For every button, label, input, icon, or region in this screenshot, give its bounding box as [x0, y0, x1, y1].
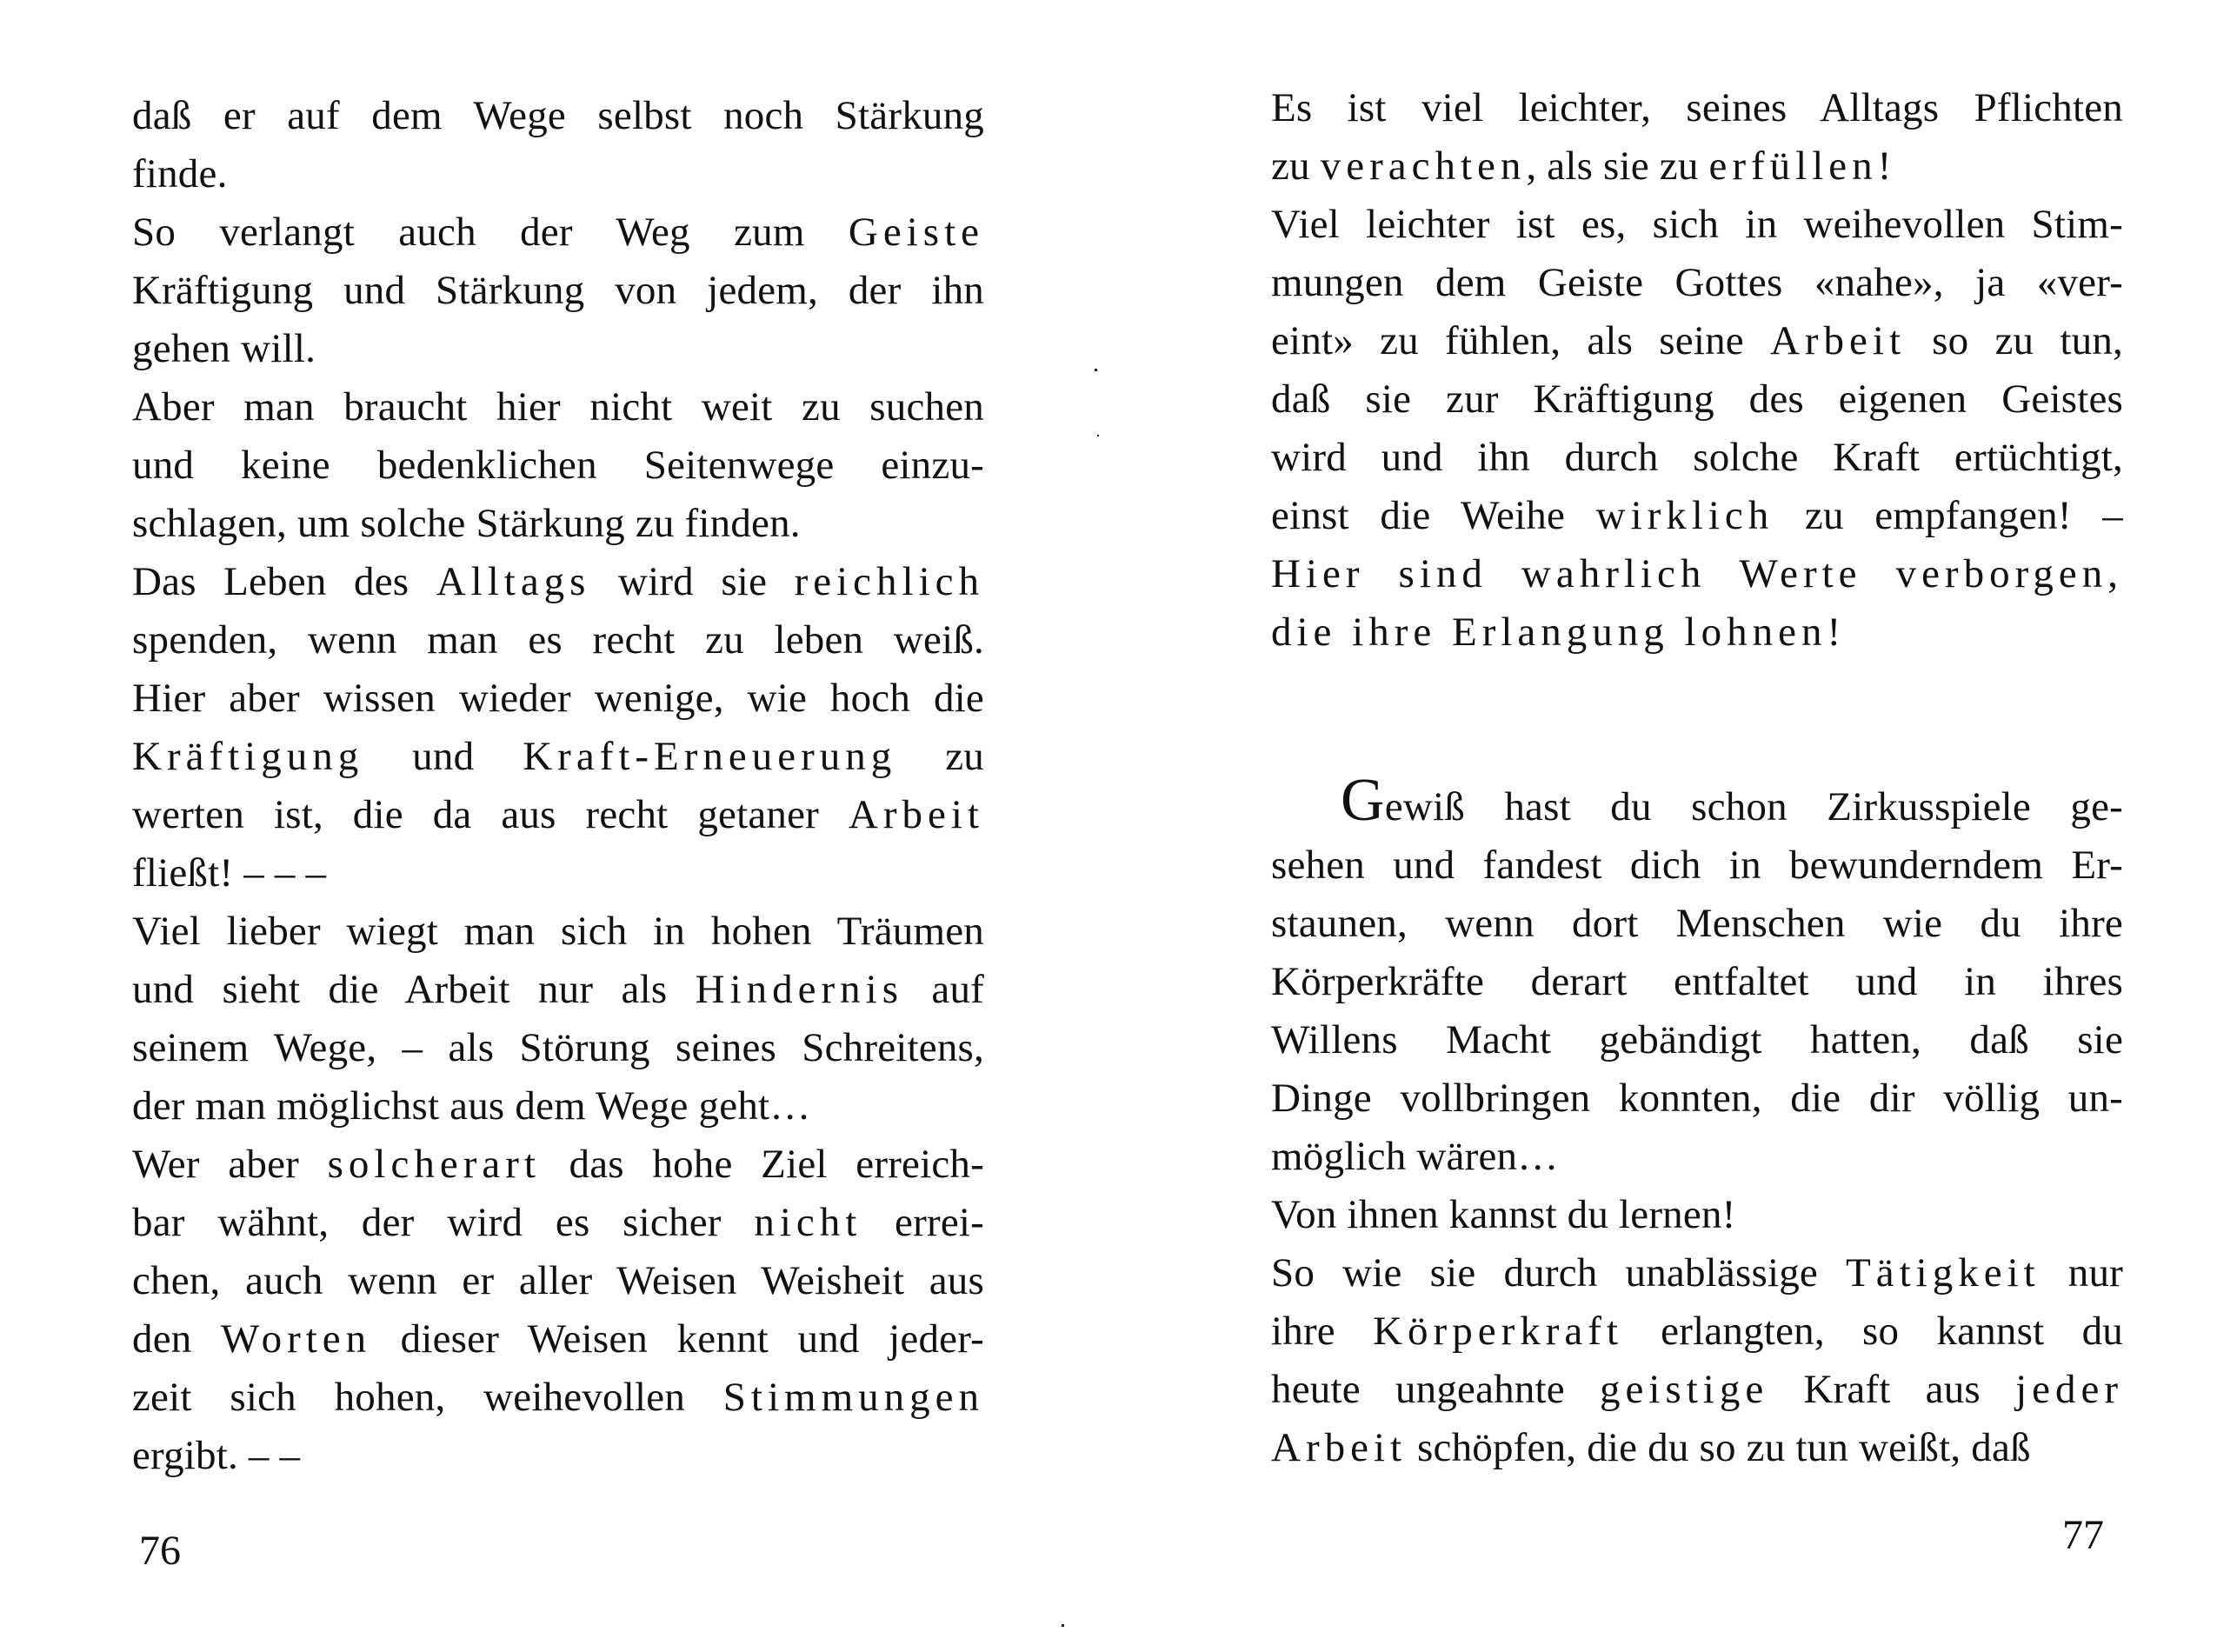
text-line: Gewiß hast du schon Zirkusspiele ge- [1271, 778, 2123, 836]
text-line: werten ist, die da aus recht getaner Arb… [132, 786, 984, 844]
text-segment: So verlangt auch der Weg zum [132, 210, 849, 255]
text-segment: zu empfangen! – [1774, 493, 2123, 538]
text-line: und sieht die Arbeit nur als Hindernis a… [132, 961, 984, 1019]
text-segment: Hier aber wissen wieder wenige, wie hoch… [132, 676, 984, 721]
drop-initial: G [1341, 767, 1385, 834]
text-segment: Körperkräfte derart entfaltet und in ihr… [1271, 959, 2123, 1004]
left-page: daß er auf dem Wege selbst noch Stärkung… [0, 0, 1108, 1652]
text-line: die ihre Erlangung lohnen! [1271, 603, 2123, 662]
emphasized-word: Hier sind wahrlich Werte verborgen, [1271, 551, 2123, 596]
text-segment: den [132, 1316, 221, 1362]
text-line: daß sie zur Kräftigung des eigenen Geist… [1271, 370, 2123, 429]
text-line: Dinge vollbringen konnten, die dir völli… [1271, 1069, 2123, 1128]
emphasized-word: reichlich [795, 559, 984, 604]
text-segment: möglich wären… [1271, 1134, 1558, 1179]
emphasized-word: Alltags [436, 559, 591, 604]
text-line: bar wähnt, der wird es sicher nicht erre… [132, 1194, 984, 1252]
text-segment: und [363, 734, 523, 779]
text-segment: Von ihnen kannst du lernen! [1271, 1192, 1736, 1237]
emphasized-word: Tätigkeit [1846, 1250, 2041, 1296]
text-line: sehen und fandest dich in bewunderndem E… [1271, 836, 2123, 895]
text-segment: sehen und fandest dich in bewunderndem E… [1271, 843, 2123, 888]
scan-speck [1097, 435, 1099, 436]
text-segment: dieser Weisen kennt und jeder- [371, 1316, 984, 1362]
paragraph-1: Es ist viel leichter, seines Alltags Pfl… [1271, 79, 2123, 662]
emphasized-word: Hindernis [696, 967, 903, 1012]
emphasized-word: Stimmungen [723, 1375, 984, 1420]
emphasized-word: Arbeit [849, 792, 984, 837]
text-segment: wird sie [590, 559, 794, 604]
text-segment: errei- [862, 1200, 984, 1245]
text-line: staunen, wenn dort Menschen wie du ihre [1271, 895, 2123, 953]
emphasized-word: Körperkraft [1373, 1309, 1623, 1354]
text-segment: So wie sie durch unablässige [1271, 1250, 1846, 1296]
page-number-left: 76 [139, 1530, 181, 1572]
text-line: fließt! – – – [132, 844, 984, 903]
emphasized-word: Geiste [849, 210, 984, 255]
text-segment: chen, auch wenn er aller Weisen Weisheit… [132, 1258, 984, 1303]
emphasized-word: Arbeit [1770, 318, 1906, 363]
text-segment: ewiß hast du schon Zirkusspiele ge- [1385, 784, 2123, 829]
scan-speck [1062, 1624, 1064, 1627]
text-line: ihre Körperkraft erlangten, so kannst du [1271, 1302, 2123, 1361]
text-segment: und keine bedenklichen Seitenwege einzu- [132, 443, 984, 488]
text-line: Arbeit schöpfen, die du so zu tun weißt,… [1271, 1419, 2123, 1477]
text-segment: daß er auf dem Wege selbst noch Stärkung [132, 93, 984, 138]
text-segment: fließt! – – – [132, 850, 326, 896]
text-line: ergibt. – – [132, 1427, 984, 1485]
scan-speck [1095, 369, 1097, 371]
text-segment: Kräftigung und Stärkung von jedem, der i… [132, 268, 984, 313]
text-segment: Viel leichter ist es, sich in weihevolle… [1271, 202, 2123, 247]
text-line: chen, auch wenn er aller Weisen Weisheit… [132, 1252, 984, 1310]
right-page: Es ist viel leichter, seines Alltags Pfl… [1108, 0, 2217, 1652]
left-page-text: daß er auf dem Wege selbst noch Stärkung… [132, 87, 984, 1485]
emphasized-word: verachten [1321, 143, 1527, 189]
text-line: der man möglichst aus dem Wege geht… [132, 1077, 984, 1136]
emphasized-word: wirklich [1596, 493, 1774, 538]
text-line: Viel leichter ist es, sich in weihevolle… [1271, 196, 2123, 254]
emphasized-word: Kraft-Erneuerung [523, 734, 896, 779]
text-line: gehen will. [132, 320, 984, 378]
text-segment: ergibt. – – [132, 1433, 300, 1478]
emphasized-word: solcherart [328, 1142, 541, 1187]
text-line: schlagen, um solche Stärkung zu finden. [132, 495, 984, 553]
text-line: wird und ihn durch solche Kraft ertüchti… [1271, 429, 2123, 487]
text-line: Kräftigung und Kraft-Erneuerung zu [132, 728, 984, 786]
text-segment: nur [2041, 1250, 2123, 1296]
text-segment: schlagen, um solche Stärkung zu finden. [132, 501, 801, 546]
text-segment: heute ungeahnte [1271, 1367, 1600, 1412]
text-segment: so zu tun, [1906, 318, 2123, 363]
text-line: heute ungeahnte geistige Kraft aus jeder [1271, 1361, 2123, 1419]
text-line: zu verachten, als sie zu erfüllen! [1271, 137, 2123, 196]
text-segment: zu [896, 734, 984, 779]
text-segment: gehen will. [132, 326, 316, 371]
text-segment: wird und ihn durch solche Kraft ertüchti… [1271, 435, 2123, 480]
text-line: So verlangt auch der Weg zum Geiste [132, 203, 984, 262]
text-segment: zeit sich hohen, weihevollen [132, 1375, 723, 1420]
text-line: Kräftigung und Stärkung von jedem, der i… [132, 262, 984, 320]
emphasized-word: Worten [221, 1316, 371, 1362]
text-segment: spenden, wenn man es recht zu leben weiß… [132, 617, 984, 663]
right-page-text: Es ist viel leichter, seines Alltags Pfl… [1271, 79, 2123, 1477]
text-line: Von ihnen kannst du lernen! [1271, 1186, 2123, 1244]
text-segment: mungen dem Geiste Gottes «nahe», ja «ver… [1271, 260, 2123, 305]
text-segment: Kraft aus [1768, 1367, 2015, 1412]
text-segment: , als sie zu [1526, 143, 1708, 189]
text-line: spenden, wenn man es recht zu leben weiß… [132, 611, 984, 669]
emphasized-word: jeder [2015, 1367, 2123, 1412]
section-gap [1271, 662, 2123, 778]
text-segment: Willens Macht gebändigt hatten, daß sie [1271, 1017, 2123, 1062]
emphasized-word: nicht [754, 1200, 862, 1245]
text-line: den Worten dieser Weisen kennt und jeder… [132, 1310, 984, 1369]
text-segment: Aber man braucht hier nicht weit zu such… [132, 384, 984, 430]
text-segment: das hohe Ziel erreich- [541, 1142, 984, 1187]
text-segment: werten ist, die da aus recht getaner [132, 792, 849, 837]
text-segment: einst die Weihe [1271, 493, 1596, 538]
text-line: seinem Wege, – als Störung seines Schrei… [132, 1019, 984, 1077]
text-line: zeit sich hohen, weihevollen Stimmungen [132, 1369, 984, 1427]
text-line: finde. [132, 145, 984, 203]
text-segment: Viel lieber wiegt man sich in hohen Träu… [132, 909, 984, 954]
text-line: Hier sind wahrlich Werte verborgen, [1271, 545, 2123, 603]
text-segment: Wer aber [132, 1142, 328, 1187]
text-segment: erlangten, so kannst du [1623, 1309, 2123, 1354]
text-segment: bar wähnt, der wird es sicher [132, 1200, 754, 1245]
paragraph-2: Gewiß hast du schon Zirkusspiele ge-sehe… [1271, 778, 2123, 1477]
text-line: Viel lieber wiegt man sich in hohen Träu… [132, 903, 984, 961]
text-line: eint» zu fühlen, als seine Arbeit so zu … [1271, 312, 2123, 370]
emphasized-word: Arbeit [1271, 1425, 1407, 1470]
text-line: Es ist viel leichter, seines Alltags Pfl… [1271, 79, 2123, 137]
text-line: Aber man braucht hier nicht weit zu such… [132, 378, 984, 436]
text-segment: der man möglichst aus dem Wege geht… [132, 1083, 810, 1129]
text-line: mungen dem Geiste Gottes «nahe», ja «ver… [1271, 254, 2123, 312]
text-line: möglich wären… [1271, 1128, 2123, 1186]
text-line: So wie sie durch unablässige Tätigkeit n… [1271, 1244, 2123, 1302]
text-line: Wer aber solcherart das hohe Ziel erreic… [132, 1136, 984, 1194]
emphasized-word: die ihre Erlangung lohnen! [1271, 610, 1846, 655]
text-segment: Es ist viel leichter, seines Alltags Pfl… [1271, 85, 2123, 130]
text-segment: finde. [132, 151, 228, 197]
text-line: Willens Macht gebändigt hatten, daß sie [1271, 1011, 2123, 1069]
text-segment: auf [903, 967, 984, 1012]
text-segment: und sieht die Arbeit nur als [132, 967, 696, 1012]
emphasized-word: erfüllen! [1709, 143, 1897, 189]
text-line: einst die Weihe wirklich zu empfangen! – [1271, 487, 2123, 545]
text-segment: seinem Wege, – als Störung seines Schrei… [132, 1025, 984, 1070]
text-line: Hier aber wissen wieder wenige, wie hoch… [132, 669, 984, 728]
text-line: Das Leben des Alltags wird sie reichlich [132, 553, 984, 611]
text-segment: eint» zu fühlen, als seine [1271, 318, 1770, 363]
text-segment: ihre [1271, 1309, 1373, 1354]
emphasized-word: Kräftigung [132, 734, 363, 779]
text-segment: Das Leben des [132, 559, 436, 604]
text-line: Körperkräfte derart entfaltet und in ihr… [1271, 953, 2123, 1011]
text-segment: zu [1271, 143, 1321, 189]
text-segment: staunen, wenn dort Menschen wie du ihre [1271, 901, 2123, 946]
text-segment: daß sie zur Kräftigung des eigenen Geist… [1271, 376, 2123, 422]
text-segment: Dinge vollbringen konnten, die dir völli… [1271, 1076, 2123, 1121]
text-line: und keine bedenklichen Seitenwege einzu- [132, 436, 984, 495]
text-segment: schöpfen, die du so zu tun weißt, daß [1407, 1425, 2031, 1470]
emphasized-word: geistige [1600, 1367, 1768, 1412]
page-number-right: 77 [2062, 1515, 2104, 1556]
text-line: daß er auf dem Wege selbst noch Stärkung [132, 87, 984, 145]
